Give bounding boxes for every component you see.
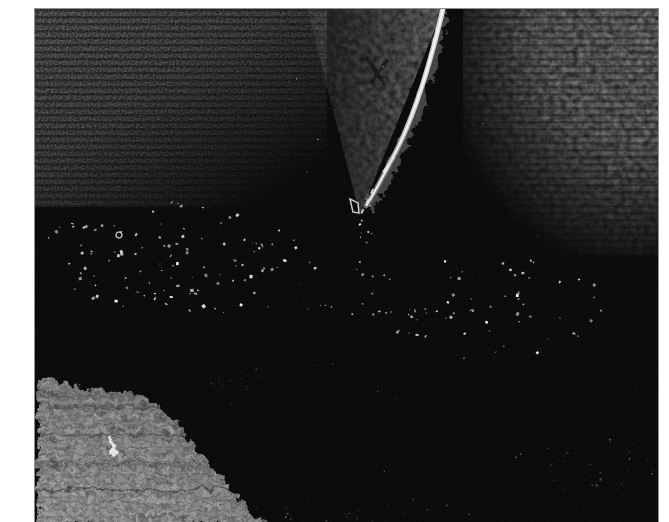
micrograph-render xyxy=(35,9,658,522)
film-grain-overlay xyxy=(35,9,658,522)
scan-page xyxy=(0,0,669,522)
micrograph-photo xyxy=(35,9,658,522)
